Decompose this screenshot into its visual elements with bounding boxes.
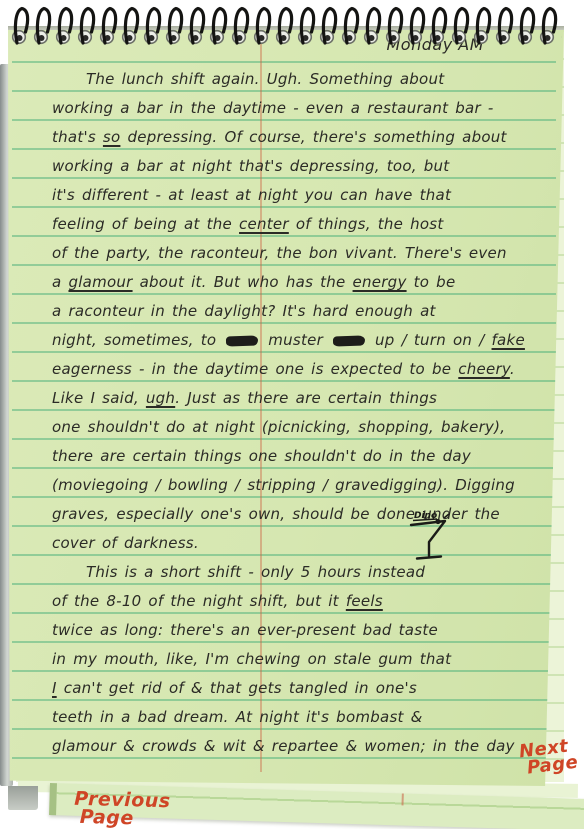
- journal-line: This is a short shift - only 5 hours ins…: [8, 555, 564, 584]
- next-page-label-line2: Page: [526, 754, 579, 777]
- journal-line: feeling of being at the center of things…: [8, 207, 564, 236]
- journal-line: a glamour about it. But who has the ener…: [8, 265, 564, 294]
- journal-line: teeth in a bad dream. At night it's bomb…: [8, 700, 564, 729]
- martini-glass-doodle: Dino: [404, 508, 452, 566]
- journal-page-screen: Monday AM The lunch shift again. Ugh. So…: [0, 0, 584, 829]
- journal-line: glamour & crowds & wit & repartee & wome…: [8, 729, 564, 758]
- journal-line: it's different - at least at night you c…: [8, 178, 564, 207]
- journal-line: of the party, the raconteur, the bon viv…: [8, 236, 564, 265]
- under-page-margin-tick: [401, 793, 403, 805]
- journal-line: cover of darkness.: [8, 526, 564, 555]
- journal-line: graves, especially one's own, should be …: [8, 497, 564, 526]
- journal-line: I can't get rid of & that gets tangled i…: [8, 671, 564, 700]
- journal-line: working a bar at night that's depressing…: [8, 149, 564, 178]
- journal-line: eagerness - in the daytime one is expect…: [8, 352, 564, 381]
- scribbled-out-word: [333, 335, 365, 346]
- journal-line: that's so depressing. Of course, there's…: [8, 120, 564, 149]
- backing-corner-tab: [8, 786, 38, 810]
- journal-text: The lunch shift again. Ugh. Something ab…: [8, 62, 564, 758]
- spiral-binding: [10, 2, 562, 52]
- journal-line: a raconteur in the daylight? It's hard e…: [8, 294, 564, 323]
- scribbled-out-word: [226, 335, 258, 346]
- journal-line: there are certain things one shouldn't d…: [8, 439, 564, 468]
- journal-line: The lunch shift again. Ugh. Something ab…: [8, 62, 564, 91]
- next-page-link[interactable]: Next Page: [518, 737, 579, 778]
- journal-line: night, sometimes, to muster up / turn on…: [8, 323, 564, 352]
- journal-line: working a bar in the daytime - even a re…: [8, 91, 564, 120]
- journal-line: in my mouth, like, I'm chewing on stale …: [8, 642, 564, 671]
- steno-page: Monday AM The lunch shift again. Ugh. So…: [8, 26, 564, 786]
- journal-line: one shouldn't do at night (picnicking, s…: [8, 410, 564, 439]
- journal-line: twice as long: there's an ever-present b…: [8, 613, 564, 642]
- journal-line: (moviegoing / bowling / stripping / grav…: [8, 468, 564, 497]
- journal-line: of the 8-10 of the night shift, but it f…: [8, 584, 564, 613]
- previous-page-link[interactable]: Previous Page: [74, 790, 171, 829]
- journal-line: Like I said, ugh. Just as there are cert…: [8, 381, 564, 410]
